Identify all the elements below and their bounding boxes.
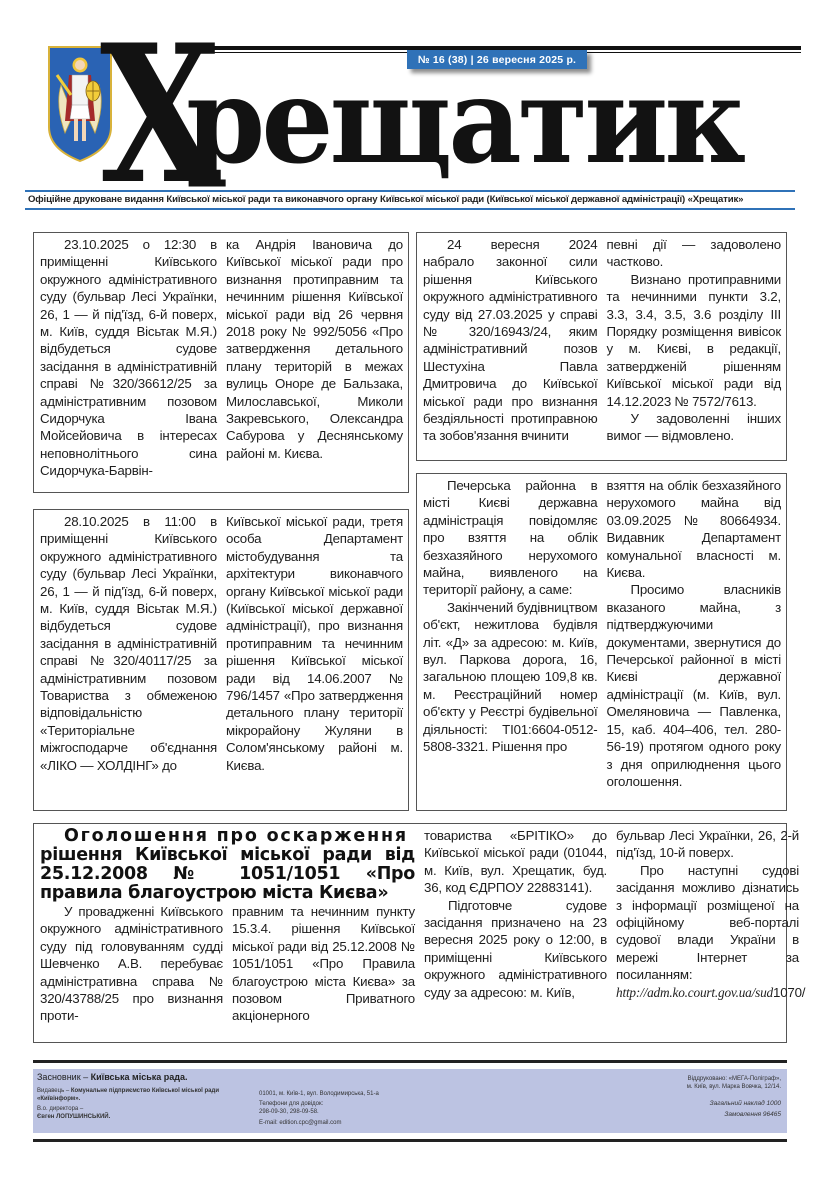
subtitle-rule-top — [25, 190, 795, 192]
article-paragraph: Київської міської ради, третя особа Депа… — [226, 513, 403, 774]
article-paragraph: 28.10.2025 в 11:00 в приміщенні Київсько… — [40, 513, 217, 774]
article-column: взяття на облік безхазяйного нерухомого … — [607, 477, 782, 807]
email-line: E-mail: edition.cpc@gmail.com — [259, 1119, 341, 1127]
article-column: правним та нечинним пункту 15.3.4. рішен… — [232, 903, 415, 1025]
article-headline: Оголошення про оскарження рішення Київсь… — [40, 827, 415, 903]
newspaper-title: рещатик — [186, 62, 742, 180]
publisher-line: Видавець – Комунальне підприємство Київс… — [37, 1087, 247, 1103]
article-column: Київської міської ради, третя особа Депа… — [226, 513, 403, 807]
notice-ownerless-property: Печерська районна в місті Києві державна… — [416, 473, 787, 811]
notice-court-hearing-sydorchuk: 23.10.2025 о 12:30 в приміщенні Київсько… — [33, 232, 409, 493]
article-column: 23.10.2025 о 12:30 в приміщенні Київсько… — [40, 236, 217, 489]
phones-line: Телефони для довідок: 298-09-30, 298-09-… — [259, 1100, 323, 1116]
article-paragraph: Просимо власників вказаного майна, з під… — [607, 581, 782, 790]
article-paragraph: 24 вересня 2024 набрало законної сили рі… — [423, 236, 598, 445]
article-paragraph: У задоволенні інших вимог — відмовлено. — [607, 410, 782, 445]
article-paragraph: певні дії — задоволено частково. — [607, 236, 782, 271]
masthead: № 16 (38) | 26 вересня 2025 р. Х рещатик… — [0, 0, 819, 230]
order-number: Замовлення 96465 — [710, 1109, 781, 1120]
article-column: бульвар Лесі Українки, 26, 2-й під'їзд, … — [616, 827, 799, 1025]
director-line: В.о. директора – Євген ЛОПУШИНСЬКИЙ. — [37, 1105, 110, 1121]
notice-court-hearing-liko-holding: 28.10.2025 в 11:00 в приміщенні Київсько… — [33, 509, 409, 811]
article-paragraph: У провадженні Київського окружного адмін… — [40, 903, 223, 1025]
footer-rule-bottom — [33, 1139, 787, 1142]
article-column: У провадженні Київського окружного адмін… — [40, 903, 223, 1025]
article-column: певні дії — задоволено частково. Визнано… — [607, 236, 782, 457]
article-paragraph: 23.10.2025 о 12:30 в приміщенні Київсько… — [40, 236, 217, 480]
printer-line-2: м. Київ, вул. Марка Вовчка, 12/14. — [687, 1083, 781, 1091]
founder-value: Київська міська рада. — [91, 1072, 188, 1082]
circulation-info: Загальний наклад 1000 Замовлення 96465 — [710, 1098, 781, 1120]
article-column: 28.10.2025 в 11:00 в приміщенні Київсько… — [40, 513, 217, 807]
article-paragraph: бульвар Лесі Українки, 26, 2-й під'їзд, … — [616, 827, 799, 862]
article-paragraph: Печерська районна в місті Києві державна… — [423, 477, 598, 599]
article-column: 24 вересня 2024 набрало законної сили рі… — [423, 236, 598, 457]
founder-label: Засновник – — [37, 1072, 91, 1082]
article-paragraph-text: Про наступні судові засідання можливо ді… — [616, 863, 799, 982]
founder-line: Засновник – Київська міська рада. — [37, 1073, 187, 1081]
article-paragraph: ка Андрія Івановича до Київської міської… — [226, 236, 403, 462]
article-paragraph: взяття на облік безхазяйного нерухомого … — [607, 477, 782, 581]
article-column: Печерська районна в місті Києві державна… — [423, 477, 598, 807]
imprint-block: Засновник – Київська міська рада. Видаве… — [33, 1069, 787, 1133]
circulation: Загальний наклад 1000 — [710, 1098, 781, 1109]
headline-rest: рішення Київської міської ради від 25.12… — [40, 845, 415, 903]
notice-court-decision-shestukhin: 24 вересня 2024 набрало законної сили рі… — [416, 232, 787, 461]
article-paragraph: Підготовче судове засідання призначено н… — [424, 897, 607, 1001]
article-paragraph: товариства «БРІТІКО» до Київської місько… — [424, 827, 607, 897]
printer-line-1: Віддруковано: «МЕГА-Поліграф», — [687, 1075, 781, 1083]
director-name: Євген ЛОПУШИНСЬКИЙ. — [37, 1114, 110, 1120]
article-column: товариства «БРІТІКО» до Київської місько… — [424, 827, 607, 1025]
publisher-label: Видавець – — [37, 1088, 71, 1094]
article-paragraph: правним та нечинним пункту 15.3.4. рішен… — [232, 903, 415, 1025]
subtitle-rule-bottom — [25, 208, 795, 210]
court-portal-link[interactable]: http://adm.ko.court.gov.ua/sud — [616, 985, 773, 1000]
article-column: ка Андрія Івановича до Київської міської… — [226, 236, 403, 489]
headline-line-1: Оголошення про оскарження — [40, 827, 415, 846]
director-label: В.о. директора – — [37, 1105, 110, 1113]
article-paragraph: Визнано протиправними та нечинними пункт… — [607, 271, 782, 410]
article-paragraph: Закінчений будівництвом об'єкт, нежитлов… — [423, 599, 598, 756]
article-paragraph: Про наступні судові засідання можливо ді… — [616, 862, 799, 1001]
masthead-subtitle: Офіційне друковане видання Київської міс… — [28, 194, 798, 205]
footer-rule-top — [33, 1060, 787, 1063]
phones-value: 298-09-30, 298-09-58. — [259, 1108, 323, 1116]
editorial-address: 01001, м. Київ-1, вул. Володимирська, 51… — [259, 1090, 379, 1098]
notice-appeal-beautification-rules: Оголошення про оскарження рішення Київсь… — [33, 823, 787, 1043]
court-portal-link-suffix: 1070/ — [773, 985, 805, 1000]
phones-label: Телефони для довідок: — [259, 1100, 323, 1108]
printer-info: Віддруковано: «МЕГА-Поліграф», м. Київ, … — [687, 1075, 781, 1091]
